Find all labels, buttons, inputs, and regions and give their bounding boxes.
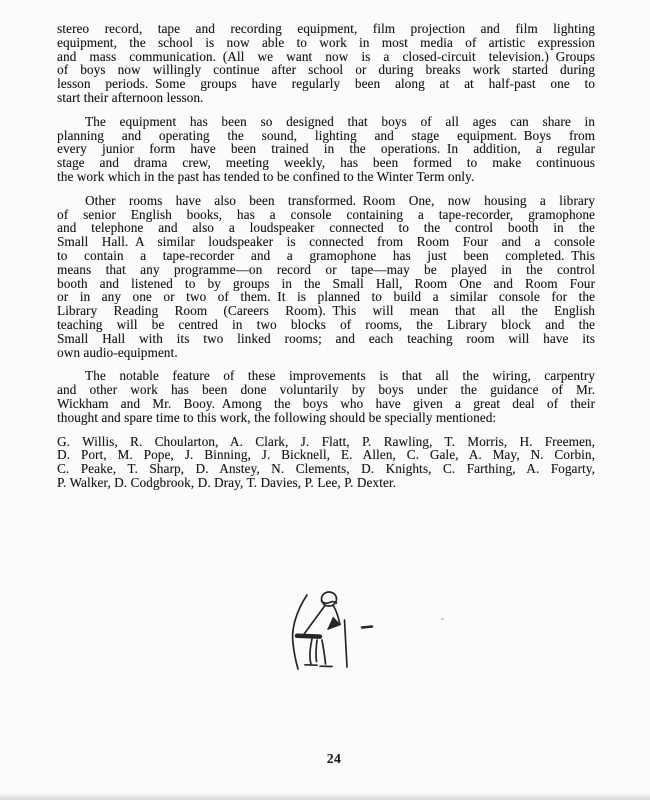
text-line: thought and spare time to this work, the… xyxy=(57,411,595,425)
walking-stick xyxy=(345,620,348,667)
text-line: booth and listened to by groups in the S… xyxy=(57,277,595,291)
text-line: planning and operating the sound, lighti… xyxy=(57,129,595,143)
head-circle xyxy=(322,592,337,606)
text-line: every junior form have been trained in t… xyxy=(57,142,595,156)
scan-edge-artifact xyxy=(0,793,650,800)
text-line: lesson periods. Some groups have regular… xyxy=(57,77,595,91)
text-line: teaching will be centred in two blocks o… xyxy=(57,318,595,332)
left-leg xyxy=(310,639,312,664)
text-line: Small Hall. A similar loudspeaker is con… xyxy=(57,235,595,249)
text-line: P. Walker, D. Codgbrook, D. Dray, T. Dav… xyxy=(57,476,595,490)
text-line: to contain a tape-recorder and a gramoph… xyxy=(57,249,595,263)
paragraph: Other rooms have also been transformed. … xyxy=(57,194,595,360)
text-line: start their afternoon lesson. xyxy=(57,91,595,105)
seated-figure-sketch xyxy=(270,588,450,676)
body-text: stereo record, tape and recording equipm… xyxy=(57,22,595,490)
torso-left-edge xyxy=(303,606,325,636)
paragraph: The equipment has been so designed that … xyxy=(57,115,595,184)
text-line: D. Port, M. Pope, J. Binning, J. Bicknel… xyxy=(57,448,595,462)
text-line: and other work has been done voluntarily… xyxy=(57,383,595,397)
text-line: of boys now willingly continue after sch… xyxy=(57,63,595,77)
seat-bar xyxy=(297,636,320,637)
right-leg xyxy=(322,640,326,664)
text-line: and telephone and also a loudspeaker con… xyxy=(57,221,595,235)
text-line: and mass communication. (All we want now… xyxy=(57,50,595,64)
paragraph: The notable feature of these improvement… xyxy=(57,369,595,424)
text-line: C. Peake, T. Sharp, D. Anstey, N. Clemen… xyxy=(57,462,595,476)
text-line: means that any programme—on record or ta… xyxy=(57,263,595,277)
stray-dash-mark xyxy=(362,627,372,628)
text-line: The notable feature of these improvement… xyxy=(57,369,595,383)
scanned-document-page: stereo record, tape and recording equipm… xyxy=(0,0,650,800)
paragraph: G. Willis, R. Choularton, A. Clark, J. F… xyxy=(57,435,595,490)
text-line: or in any one or two of them. It is plan… xyxy=(57,290,595,304)
text-line: Small Hall with its two linked rooms; an… xyxy=(57,332,595,346)
text-line: Library Reading Room (Careers Room). Thi… xyxy=(57,304,595,318)
text-line: The equipment has been so designed that … xyxy=(57,115,595,129)
text-line: Other rooms have also been transformed. … xyxy=(57,194,595,208)
text-line: stage and drama crew, meeting weekly, ha… xyxy=(57,156,595,170)
text-line: the work which in the past has tended to… xyxy=(57,170,595,184)
text-line: own audio-equipment. xyxy=(57,346,595,360)
text-line: G. Willis, R. Choularton, A. Clark, J. F… xyxy=(57,435,595,449)
speck-mark xyxy=(442,618,444,620)
page-number: 24 xyxy=(0,751,650,767)
text-line: of senior English books, has a console c… xyxy=(57,208,595,222)
text-line: Wickham and Mr. Booy. Among the boys who… xyxy=(57,397,595,411)
inner-leg-line xyxy=(316,640,317,662)
seated-figure-lines xyxy=(293,592,444,669)
paragraph: stereo record, tape and recording equipm… xyxy=(57,22,595,105)
text-line: stereo record, tape and recording equipm… xyxy=(57,22,595,36)
text-line: equipment, the school is now able to wor… xyxy=(57,36,595,50)
